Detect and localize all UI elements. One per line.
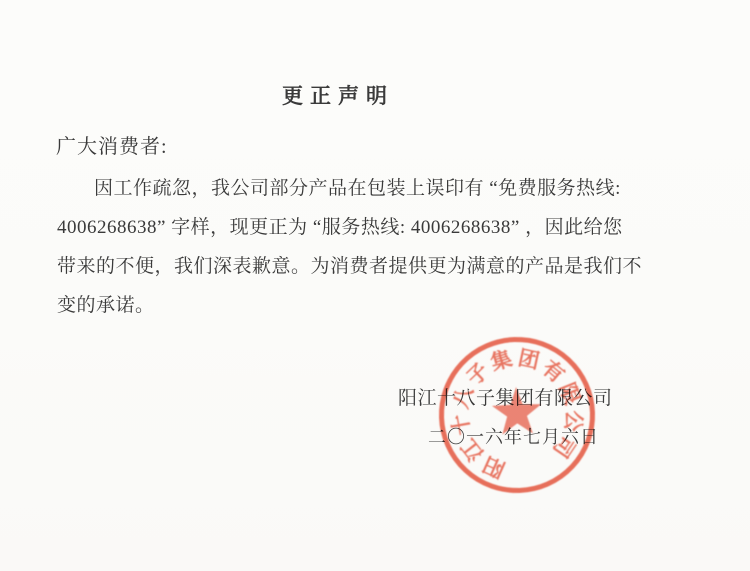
company-seal: 阳 江 十 八 子 集 团 有 限 公 司	[424, 322, 610, 508]
seal-char: 司	[548, 431, 580, 462]
seal-char: 八	[448, 383, 478, 411]
body-line: 因工作疏忽，我公司部分产品在包装上误印有 “免费服务热线:	[57, 169, 637, 208]
seal-char: 阳	[479, 451, 508, 481]
star-icon	[491, 386, 542, 435]
page-title: 更正声明	[282, 80, 394, 110]
seal-char: 集	[488, 346, 515, 375]
body-line: 变的承诺。	[57, 286, 637, 325]
seal-char: 子	[462, 358, 494, 390]
seal-char: 限	[555, 380, 585, 408]
seal-char: 团	[516, 346, 542, 374]
scanned-letter-page: 更正声明 广大消费者: 因工作疏忽，我公司部分产品在包装上误印有 “免费服务热线…	[0, 0, 750, 571]
body-paragraph: 因工作疏忽，我公司部分产品在包装上误印有 “免费服务热线: 4006268638…	[57, 169, 637, 325]
body-line: 带来的不便，我们深表歉意。为消费者提供更为满意的产品是我们不	[57, 247, 637, 286]
seal-char: 十	[448, 412, 475, 437]
salutation: 广大消费者:	[56, 130, 168, 159]
seal-char: 有	[538, 356, 570, 388]
seal-char: 江	[456, 434, 488, 465]
body-line: 4006268638” 字样，现更正为 “服务热线: 4006268638” ，…	[57, 208, 637, 247]
seal-char: 公	[560, 409, 586, 432]
